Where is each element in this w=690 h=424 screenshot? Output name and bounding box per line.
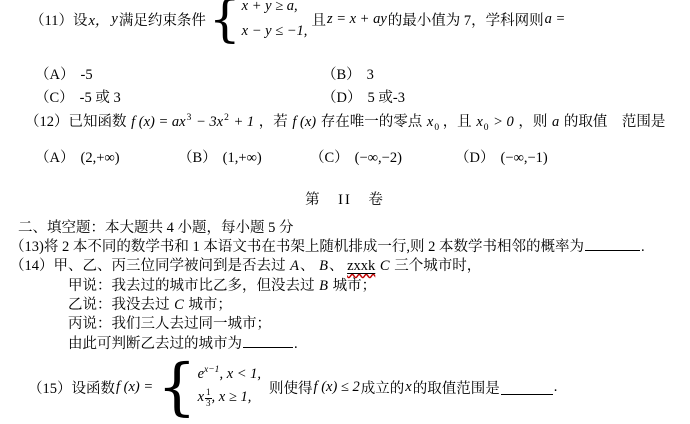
q12-gt-zero: > 0 [493, 114, 514, 130]
q11-option-a: （A）-5 [35, 63, 93, 84]
q12-option-b-label: （B） [178, 150, 217, 166]
page-title: 第 II 卷 [0, 188, 690, 209]
q11-text-pre: （11）设 [30, 9, 87, 30]
q12-option-a-label: （A） [35, 150, 74, 166]
q11-objective-expr: z = x + ay [327, 11, 387, 28]
q11-option-b-value: 3 [367, 67, 374, 83]
q11-a-equals: a = [545, 11, 566, 28]
piecewise-brace-icon: { [157, 358, 196, 415]
q13-text: （13)将 2 本不同的数学书和 1 本语文书在书架上随机排成一行,则 2 本数… [10, 239, 584, 255]
q15-piece1-condition: , x < 1, [219, 366, 261, 382]
q11-option-c-value: -5 或 3 [80, 90, 121, 106]
q14-city-a: A [290, 258, 299, 274]
q12-option-b-value: (1,+∞) [223, 150, 262, 166]
q11-text-min: 的最小值为 7，学科网则 [388, 9, 544, 30]
q15-piece-2: x13, x ≥ 1, [198, 388, 252, 409]
q12-fn-part2: − 3x [196, 114, 223, 130]
q11-text-cond: 满足约束条件 [119, 9, 206, 30]
q15-piece2-condition: , x ≥ 1, [212, 389, 252, 405]
q11-option-d-value: 5 或-3 [367, 90, 404, 106]
q11-option-b-label: （B） [322, 67, 361, 83]
q11-option-a-value: -5 [80, 67, 92, 83]
q12-x0-a-sub: 0 [434, 123, 439, 133]
q12-fn-part1: f (x) = ax [131, 114, 185, 130]
q12-option-a-value: (2,+∞) [80, 150, 119, 166]
q11-option-c: （C）-5 或 3 [35, 86, 121, 107]
question-11-line: （11）设 x， y 满足约束条件 { x + y ≥ a, x − y ≤ −… [30, 0, 566, 48]
q11-constraint-2: x − y ≤ −1, [242, 24, 308, 40]
q14-pause-2: 、 [329, 258, 344, 274]
q12-exponent-2: 2 [224, 113, 229, 123]
question-15-line: （15）设函数 f (x) = { ex−1, x < 1, x13, x ≥ … [28, 356, 557, 418]
q12-text-mid5: 的取值 范围是 [564, 114, 666, 130]
q14-city-c: C [380, 258, 390, 274]
q12-option-c-label: （C） [310, 150, 349, 166]
q12-text-mid4: ，则 [518, 114, 547, 130]
question-14-line-1: （14）甲、乙、丙三位同学被问到是否去过 A、 B、 zxxk C 三个城市时， [10, 254, 481, 275]
section-heading: 二、填空题：本大题共 4 小题，每小题 5 分 [18, 216, 294, 237]
q14-line5-text: 由此可判断乙去过的城市为 [68, 336, 242, 352]
q14-line3-suf: 城市； [188, 297, 232, 313]
question-12-line: （12）已知函数 f (x) = ax3 − 3x2 + 1 ，若 f (x) … [25, 110, 665, 133]
q14-line2-suf: 城市； [333, 278, 377, 294]
q11-constraint-system: x + y ≥ a, x − y ≤ −1, [242, 0, 308, 39]
q15-piecewise-rows: ex−1, x < 1, x13, x ≥ 1, [198, 365, 261, 409]
q11-option-d: （D）5 或-3 [322, 86, 405, 107]
question-14-line-2: 甲说：我去过的城市比乙多，但没去过 B 城市； [68, 274, 376, 295]
q15-text-mid3: 的取值范围是 [413, 377, 500, 398]
q14-line4-text: 丙说：我们三人去过同一城市； [68, 316, 271, 332]
q12-option-d-label: （D） [455, 150, 494, 166]
q14-answer-blank [243, 333, 293, 348]
q12-option-d: （D）(−∞,−1) [455, 146, 548, 167]
q11-option-a-label: （A） [35, 67, 74, 83]
page-title-text: 第 II 卷 [305, 192, 385, 208]
q15-inequality: f (x) ≤ 2 [314, 379, 360, 396]
q12-text-mid2: 存在唯一的零点 [321, 114, 423, 130]
q15-piece2-base: x [198, 389, 204, 405]
question-14-line-3: 乙说：我没去过 C 城市； [68, 293, 232, 314]
q12-x0-b-sub: 0 [484, 123, 489, 133]
q12-text-mid3: ，且 [443, 114, 472, 130]
q12-x0-a: x [427, 114, 433, 130]
q15-var-x: x [405, 379, 411, 396]
q15-text-pre: （15）设函数 [28, 377, 115, 398]
q15-period: . [554, 379, 558, 396]
q15-text-mid1: 则使得 [269, 377, 313, 398]
q15-fraction-denominator: 3 [206, 399, 211, 409]
q12-text-mid1: ，若 [259, 114, 288, 130]
question-14-line-4: 丙说：我们三人去过同一城市； [68, 312, 271, 333]
q11-var-x: x， [88, 9, 109, 30]
q14-text-suf: 三个城市时， [394, 258, 481, 274]
q14-line2-city-b: B [319, 278, 328, 294]
q12-option-a: （A）(2,+∞) [35, 146, 120, 167]
q15-answer-blank [501, 380, 553, 395]
q14-line2-pre: 甲说：我去过的城市比乙多，但没去过 [68, 278, 315, 294]
q14-pause-1: 、 [300, 258, 315, 274]
q11-option-b: （B）3 [322, 63, 374, 84]
q12-fn-part3: + 1 [233, 114, 254, 130]
q12-x0-b: x [476, 114, 482, 130]
q12-fx: f (x) [292, 114, 316, 130]
q14-city-b: B [319, 258, 328, 274]
q15-piece-1: ex−1, x < 1, [198, 365, 261, 383]
question-13-line: （13)将 2 本不同的数学书和 1 本语文书在书架上随机排成一行,则 2 本数… [10, 235, 645, 256]
q14-period: . [294, 336, 298, 352]
q11-constraint-1: x + y ≥ a, [242, 0, 298, 15]
q11-option-c-label: （C） [35, 90, 74, 106]
q12-var-a: a [552, 114, 559, 130]
zxxk-watermark-text: zxxk [347, 258, 375, 274]
q12-text-pre: （12）已知函数 [25, 114, 127, 130]
q13-period: . [641, 239, 645, 255]
q11-option-d-label: （D） [322, 90, 361, 106]
q14-text-pre: （14）甲、乙、丙三位同学被问到是否去过 [10, 258, 286, 274]
section-heading-text: 二、填空题：本大题共 4 小题，每小题 5 分 [18, 220, 294, 236]
q12-exponent-3: 3 [187, 113, 192, 123]
left-brace-icon: { [209, 0, 241, 42]
q12-option-c-value: (−∞,−2) [355, 150, 402, 166]
q13-answer-blank [585, 236, 640, 251]
q15-fx-equals: f (x) = [116, 379, 153, 396]
q12-option-b: （B）(1,+∞) [178, 146, 262, 167]
zxxk-watermark: zxxk [347, 258, 375, 274]
q11-text-and: 且 [311, 9, 326, 30]
q11-var-y: y [111, 11, 117, 28]
q12-option-d-value: (−∞,−1) [500, 150, 547, 166]
q12-option-c: （C）(−∞,−2) [310, 146, 402, 167]
q15-text-mid2: 成立的 [361, 377, 405, 398]
q15-piece1-exponent: x−1 [204, 365, 219, 375]
q14-line3-city-c: C [174, 297, 184, 313]
q14-line3-pre: 乙说：我没去过 [68, 297, 170, 313]
